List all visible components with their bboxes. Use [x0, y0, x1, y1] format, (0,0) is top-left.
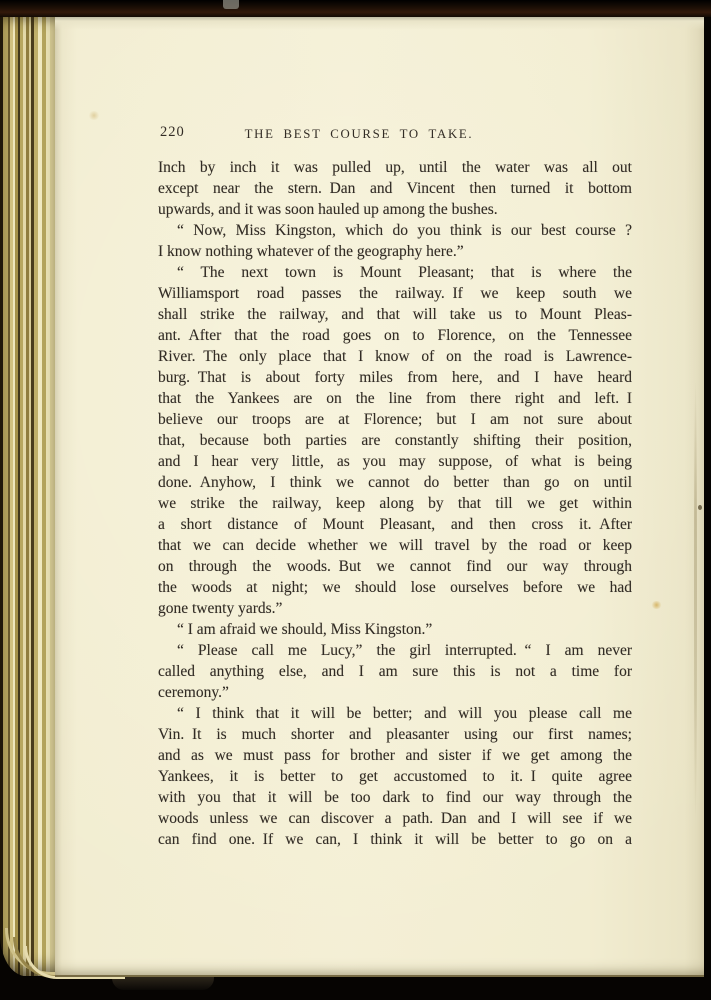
page-top-edge: [55, 16, 704, 30]
book-cover-top-edge: [0, 0, 711, 17]
text-line: the woods at night; we should lose ourse…: [158, 577, 632, 598]
text-line: upwards, and it was soon hauled up among…: [158, 199, 632, 220]
text-line: woods unless we can discover a path. Dan…: [158, 808, 632, 829]
page-header: 220 THE BEST COURSE TO TAKE.: [158, 124, 632, 146]
text-line: can find one. If we can, I think it will…: [158, 829, 632, 850]
left-page-edges: [0, 14, 56, 976]
text-line: burg. That is about forty miles from her…: [158, 367, 632, 388]
text-line: “ Please call me Lucy,” the girl interru…: [158, 640, 632, 661]
paper-speck: [698, 505, 702, 510]
text-line: I know nothing whatever of the geography…: [158, 241, 632, 262]
text-line: a short distance of Mount Pleasant, and …: [158, 514, 632, 535]
text-line: Yankees, it is better to get accustomed …: [158, 766, 632, 787]
text-line: believe our troops are at Florence; but …: [158, 409, 632, 430]
text-line: “ Now, Miss Kingston, which do you think…: [158, 220, 632, 241]
text-line: on through the woods. But we cannot find…: [158, 556, 632, 577]
text-line: that we can decide whether we will trave…: [158, 535, 632, 556]
text-line: we strike the railway, keep along by tha…: [158, 493, 632, 514]
book-page: 220 THE BEST COURSE TO TAKE. Inch by inc…: [55, 16, 704, 977]
text-line: and as we must pass for brother and sist…: [158, 745, 632, 766]
text-line: done. Anyhow, I think we cannot do bette…: [158, 472, 632, 493]
text-line: gone twenty yards.”: [158, 598, 632, 619]
text-line: except near the stern. Dan and Vincent t…: [158, 178, 632, 199]
text-line: called anything else, and I am sure this…: [158, 661, 632, 682]
running-header: THE BEST COURSE TO TAKE.: [122, 127, 596, 142]
text-line: and I hear very little, as you may suppo…: [158, 451, 632, 472]
text-line: River. The only place that I know of on …: [158, 346, 632, 367]
cover-notch: [223, 0, 239, 9]
page-crease: [694, 380, 697, 821]
text-line: with you that it will be too dark to fin…: [158, 787, 632, 808]
text-line: Inch by inch it was pulled up, until the…: [158, 157, 632, 178]
text-line: Williamsport road passes the railway. If…: [158, 283, 632, 304]
body-text: Inch by inch it was pulled up, until the…: [158, 157, 632, 850]
text-line: ant. After that the road goes on to Flor…: [158, 325, 632, 346]
book-scan: 220 THE BEST COURSE TO TAKE. Inch by inc…: [0, 0, 711, 1000]
text-line: “ I am afraid we should, Miss Kingston.”: [158, 619, 632, 640]
text-line: “ I think that it will be better; and wi…: [158, 703, 632, 724]
paper-stain: [88, 111, 100, 120]
text-line: Vin. It is much shorter and pleasanter u…: [158, 724, 632, 745]
text-line: that the Yankees are on the line from th…: [158, 388, 632, 409]
text-line: that, because both parties are constantl…: [158, 430, 632, 451]
book-board-foot: [112, 977, 214, 990]
text-line: “ The next town is Mount Pleasant; that …: [158, 262, 632, 283]
text-line: ceremony.”: [158, 682, 632, 703]
paper-stain: [651, 601, 662, 609]
text-line: shall strike the railway, and that will …: [158, 304, 632, 325]
